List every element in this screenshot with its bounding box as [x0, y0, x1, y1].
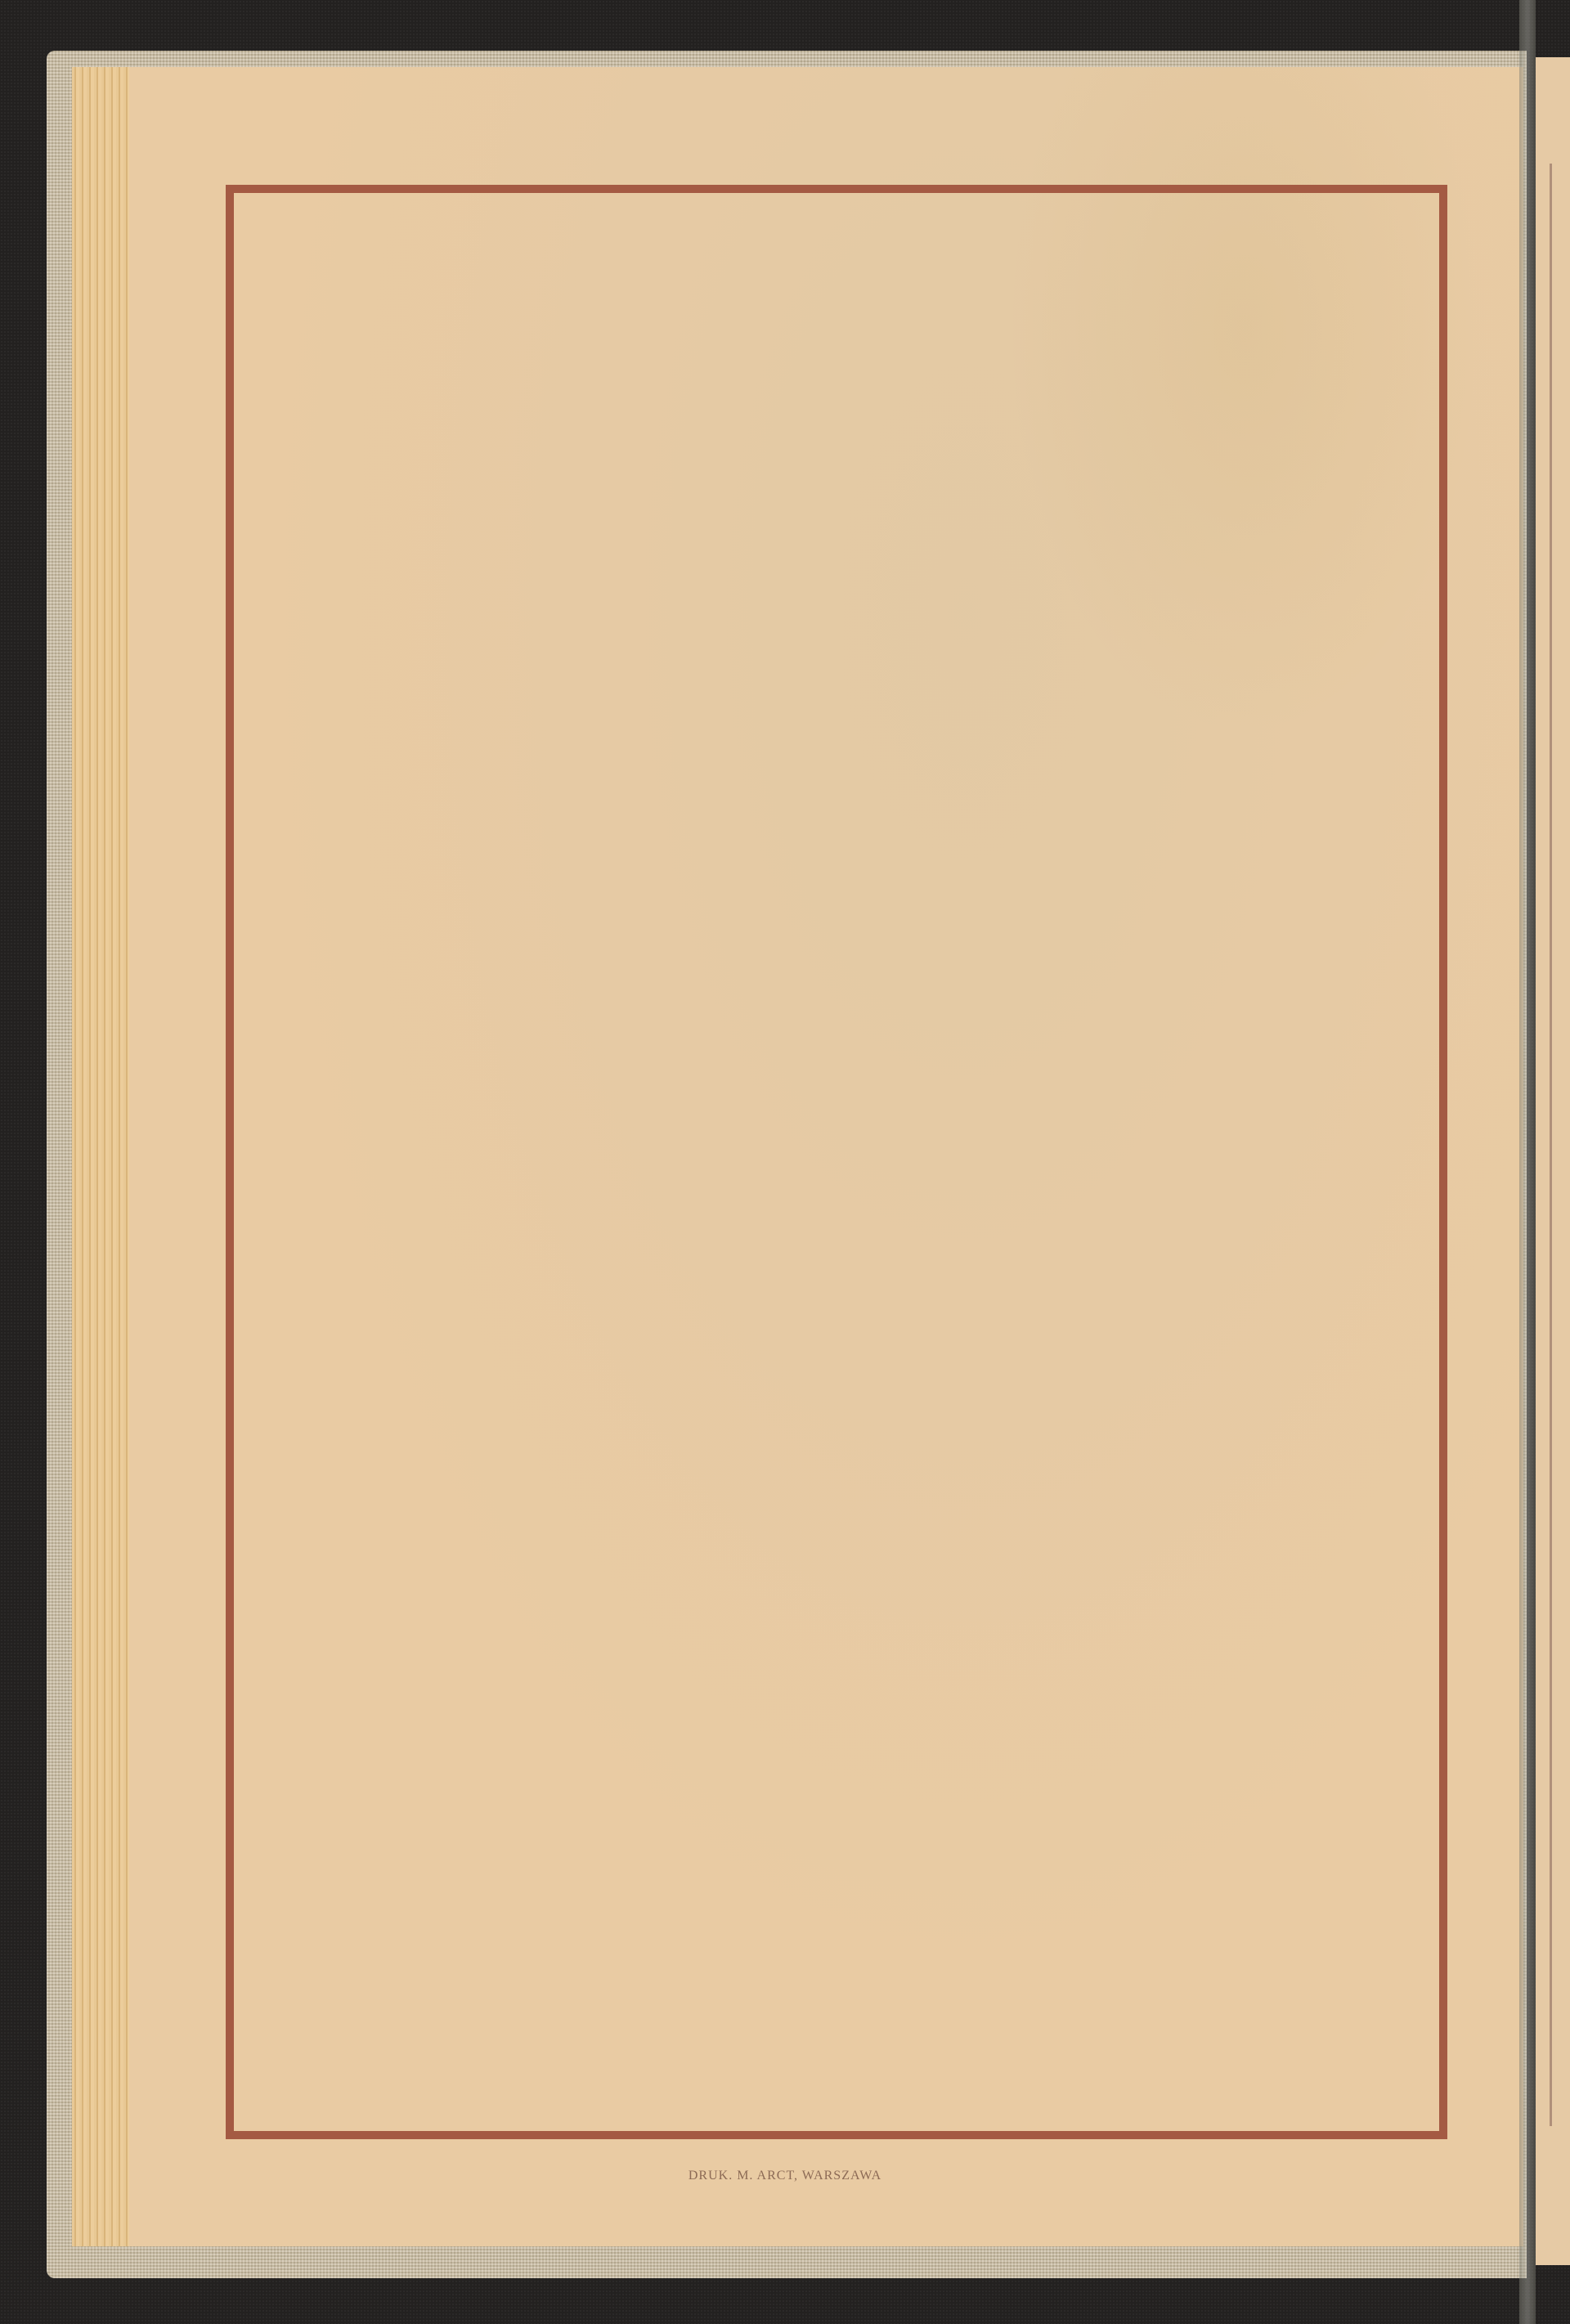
page-border-frame [226, 185, 1447, 2139]
page-edges [72, 67, 129, 2246]
printer-imprint: DRUK. M. ARCT, WARSZAWA [0, 2169, 1570, 2183]
adjacent-page-frame [1550, 164, 1570, 2126]
spine-gutter [1519, 0, 1536, 2324]
